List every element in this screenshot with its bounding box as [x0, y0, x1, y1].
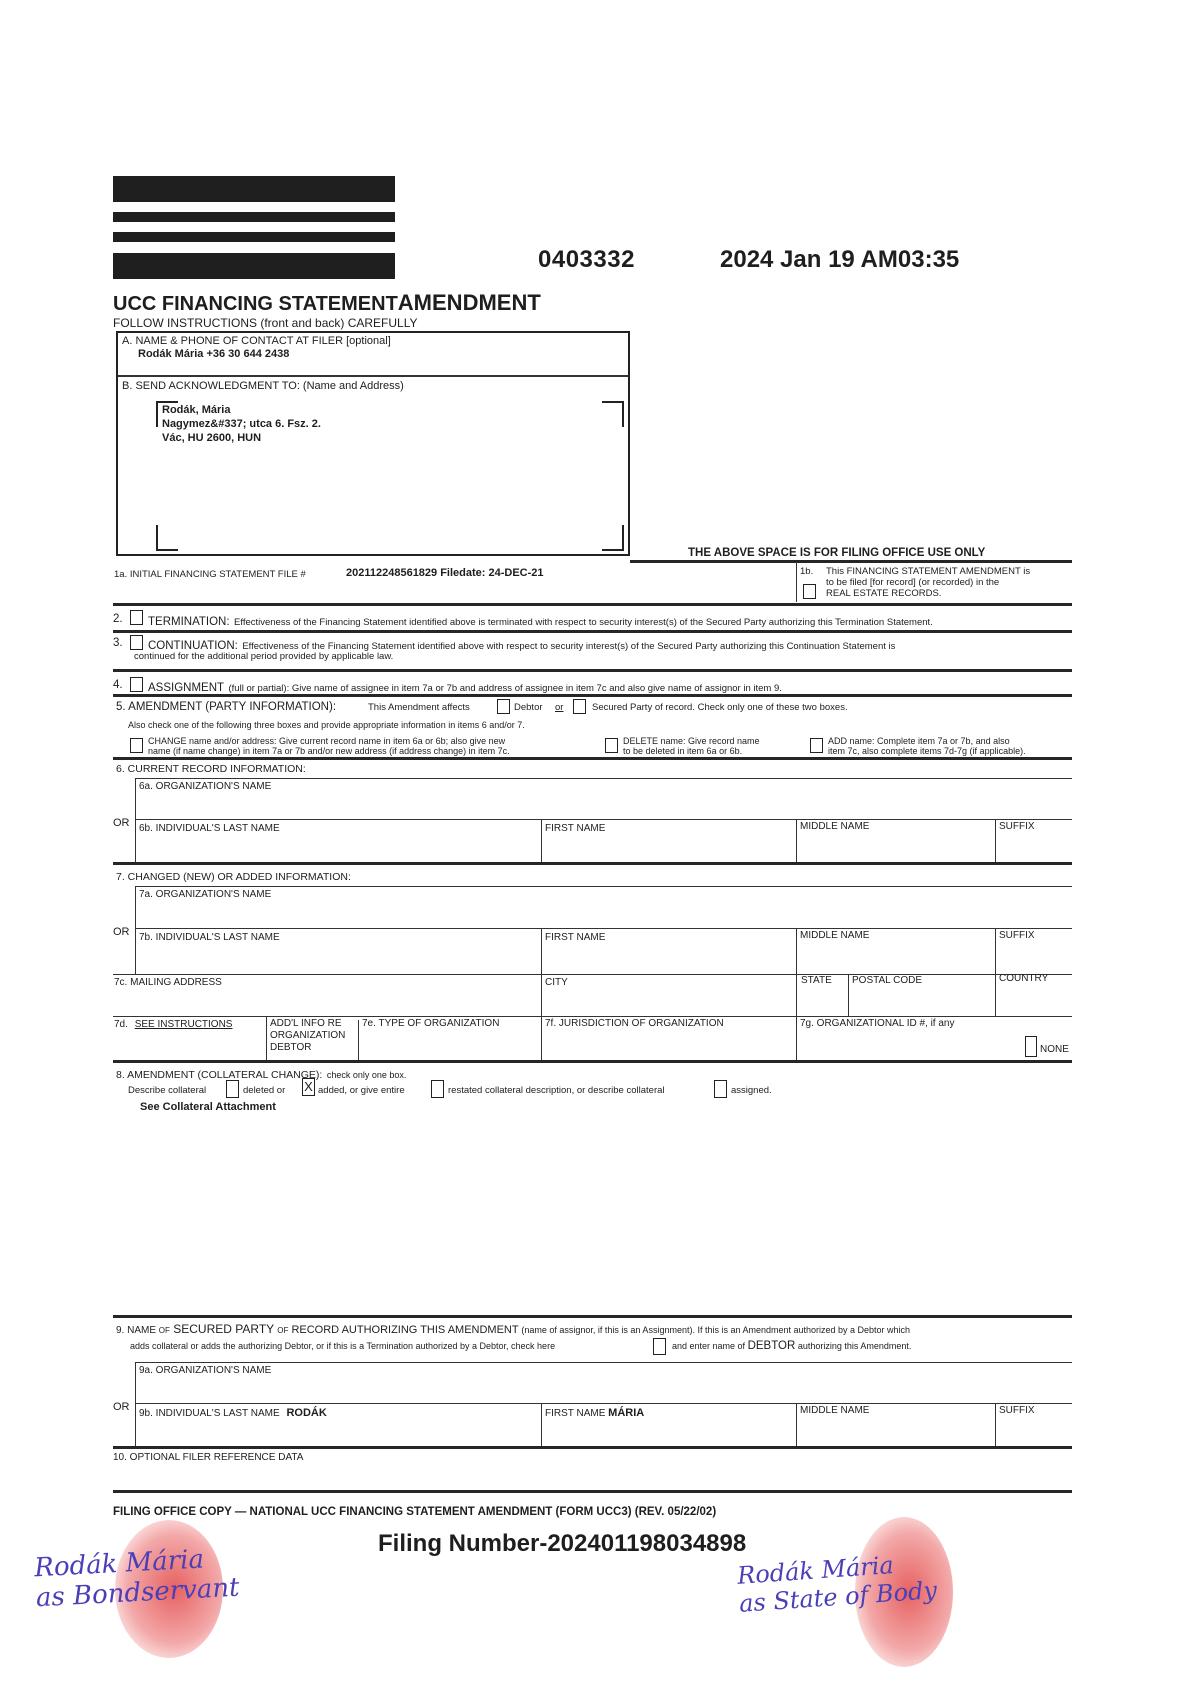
- add-name-checkbox[interactable]: [810, 738, 823, 753]
- item-9-line-part: adds collateral or adds the authorizing …: [130, 1341, 555, 1351]
- item-1b-line: to be filed [for record] (or recorded) i…: [826, 577, 1030, 588]
- restated-label: restated collateral description, or desc…: [448, 1085, 665, 1096]
- debtor-label: Debtor: [514, 702, 543, 713]
- item-2-text: TERMINATION: Effectiveness of the Financ…: [148, 612, 933, 630]
- item-7-middle-label: MIDDLE NAME: [800, 930, 869, 941]
- divider: [113, 1060, 1072, 1063]
- addl-info-label: ADD'L INFO RE ORGANIZATION DEBTOR: [270, 1018, 345, 1054]
- corner-mark: [156, 525, 178, 551]
- item-1b-line: REAL ESTATE RECORDS.: [826, 588, 1030, 599]
- delete-line: DELETE name: Give record name: [623, 736, 760, 746]
- or-label: OR: [113, 926, 130, 938]
- none-checkbox[interactable]: [1025, 1036, 1037, 1057]
- divider: [113, 603, 1072, 606]
- item-9-line2-end: and enter name of DEBTOR authorizing thi…: [672, 1340, 911, 1352]
- item-7f-label: 7f. JURISDICTION OF ORGANIZATION: [545, 1018, 724, 1029]
- divider: [796, 1016, 797, 1060]
- debtor-authorized-checkbox[interactable]: [653, 1338, 666, 1355]
- item-7c-label: 7c. MAILING ADDRESS: [114, 977, 222, 988]
- first-name-value[interactable]: MÁRIA: [608, 1407, 644, 1419]
- first-name-label: FIRST NAME: [545, 1408, 605, 1419]
- divider: [541, 1016, 542, 1060]
- divider: [848, 974, 849, 1016]
- divider: [541, 928, 542, 974]
- or-label: OR: [113, 1401, 130, 1413]
- divider: [135, 886, 1072, 887]
- item-9-head-part: SECURED PARTY: [170, 1322, 277, 1336]
- item-5-head: 5. AMENDMENT (PARTY INFORMATION):: [116, 701, 336, 713]
- filing-office-note: THE ABOVE SPACE IS FOR FILING OFFICE USE…: [688, 547, 985, 559]
- item-7g-label: 7g. ORGANIZATIONAL ID #, if any: [800, 1018, 955, 1029]
- divider: [630, 560, 1072, 563]
- filing-office-copy: FILING OFFICE COPY — NATIONAL UCC FINANC…: [113, 1506, 716, 1518]
- collateral-attachment-note: See Collateral Attachment: [140, 1101, 276, 1113]
- item-6-middle-label: MIDDLE NAME: [800, 821, 869, 832]
- divider: [135, 819, 1072, 820]
- divider: [113, 974, 1072, 975]
- divider: [995, 974, 996, 1016]
- divider: [113, 1490, 1072, 1493]
- debtor-checkbox[interactable]: [497, 699, 510, 714]
- ack-name: Rodák, Mária: [162, 403, 321, 417]
- divider: [135, 1403, 1072, 1404]
- change-name-checkbox[interactable]: [130, 738, 143, 753]
- real-estate-checkbox[interactable]: [803, 584, 816, 599]
- assignment-desc: (full or partial): Give name of assignee…: [229, 683, 782, 694]
- addl-line: ORGANIZATION: [270, 1030, 345, 1042]
- ack-label: B. SEND ACKNOWLEDGMENT TO: (Name and Add…: [122, 380, 404, 392]
- item-7-head: 7. CHANGED (NEW) OR ADDED INFORMATION:: [116, 871, 351, 883]
- signature-left: Rodák Mária as Bondservant: [34, 1543, 241, 1614]
- divider: [796, 928, 797, 974]
- divider: [541, 819, 542, 862]
- country-label: COUNTRY: [999, 973, 1048, 984]
- contact-label: A. NAME & PHONE OF CONTACT AT FILER [opt…: [122, 335, 391, 347]
- redaction-bar: [113, 176, 395, 202]
- item-9-head-part: 9. NAME: [116, 1325, 159, 1336]
- assignment-head: ASSIGNMENT: [148, 682, 224, 694]
- item-7b-label: 7b. INDIVIDUAL'S LAST NAME: [139, 932, 280, 943]
- change-name-text: CHANGE name and/or address: Give current…: [148, 736, 510, 756]
- item-8-row: Describe collateral: [128, 1085, 206, 1096]
- ack-city: Vác, HU 2600, HUN: [162, 431, 321, 445]
- see-instructions-link[interactable]: SEE INSTRUCTIONS: [135, 1019, 233, 1030]
- item-9-first: FIRST NAME MÁRIA: [545, 1407, 644, 1419]
- divider: [135, 778, 136, 862]
- item-1a-label: 1a. INITIAL FINANCING STATEMENT FILE #: [114, 569, 306, 580]
- collateral-deleted-checkbox[interactable]: [226, 1080, 239, 1098]
- add-name-text: ADD name: Complete item 7a or 7b, and al…: [828, 736, 1026, 756]
- divider: [113, 862, 1072, 865]
- divider: [135, 1362, 1072, 1363]
- redaction-bar: [113, 232, 395, 242]
- item-7d-label: 7d. SEE INSTRUCTIONS: [114, 1019, 232, 1030]
- divider: [113, 1016, 1072, 1017]
- item-8-title: 8. AMENDMENT (COLLATERAL CHANGE):: [116, 1069, 322, 1081]
- divider: [113, 1446, 1072, 1449]
- delete-name-checkbox[interactable]: [605, 738, 618, 753]
- item-1b-line: This FINANCING STATEMENT AMENDMENT is: [826, 566, 1030, 577]
- or-label: or: [555, 702, 563, 713]
- item-9-head-part: OF: [159, 1326, 170, 1335]
- item-9-line-part: and enter name of: [672, 1341, 745, 1351]
- form-title-main: UCC FINANCING STATEMENT: [113, 293, 398, 315]
- item-5-affects: This Amendment affects: [368, 702, 470, 713]
- delete-line: to be deleted in item 6a or 6b.: [623, 746, 760, 756]
- divider: [113, 630, 1072, 633]
- divider: [135, 778, 1072, 779]
- item-10-label: 10. OPTIONAL FILER REFERENCE DATA: [113, 1452, 303, 1463]
- item-8-head: 8. AMENDMENT (COLLATERAL CHANGE): check …: [116, 1065, 406, 1083]
- divider: [135, 928, 1072, 929]
- collateral-added-checkbox[interactable]: X: [302, 1078, 315, 1096]
- city-label: CITY: [545, 977, 568, 988]
- termination-desc: Effectiveness of the Financing Statement…: [234, 617, 933, 628]
- continuation-checkbox[interactable]: [130, 635, 143, 650]
- form-title-amendment: AMENDMENT: [398, 290, 541, 315]
- redaction-bar: [113, 212, 395, 222]
- item-6a-label: 6a. ORGANIZATION'S NAME: [139, 781, 271, 792]
- assignment-checkbox[interactable]: [130, 677, 143, 692]
- collateral-assigned-checkbox[interactable]: [714, 1080, 727, 1098]
- or-label: OR: [113, 817, 130, 829]
- addl-line: ADD'L INFO RE: [270, 1018, 345, 1030]
- last-name-value[interactable]: RODÁK: [286, 1407, 326, 1419]
- filer-box: A. NAME & PHONE OF CONTACT AT FILER [opt…: [116, 331, 630, 556]
- divider: [113, 694, 1072, 697]
- item-6b-label: 6b. INDIVIDUAL'S LAST NAME: [139, 823, 280, 834]
- item-8-note: check only one box.: [327, 1070, 407, 1080]
- divider: [796, 819, 797, 862]
- ack-address[interactable]: Rodák, Mária Nagymez&#337; utca 6. Fsz. …: [162, 403, 321, 445]
- divider: [995, 928, 996, 974]
- change-line: name (if name change) in item 7a or 7b a…: [148, 746, 510, 756]
- divider: [113, 1315, 1072, 1318]
- add-line: ADD name: Complete item 7a or 7b, and al…: [828, 736, 1026, 746]
- state-label: STATE: [801, 975, 832, 986]
- item-9-note: (name of assignor, if this is an Assignm…: [521, 1325, 910, 1335]
- form-title: UCC FINANCING STATEMENTAMENDMENT: [113, 290, 541, 316]
- redaction-bar: [113, 253, 395, 279]
- termination-head: TERMINATION:: [148, 616, 230, 628]
- item-9-head-part: OF: [277, 1326, 288, 1335]
- item-9-middle-label: MIDDLE NAME: [800, 1405, 869, 1416]
- divider: [541, 1403, 542, 1446]
- divider: [541, 974, 542, 1016]
- change-line: CHANGE name and/or address: Give current…: [148, 736, 510, 746]
- describe-label: Describe collateral: [128, 1085, 206, 1096]
- item-3-num: 3.: [113, 637, 123, 649]
- termination-checkbox[interactable]: [130, 610, 143, 625]
- postal-code-label: POSTAL CODE: [852, 975, 922, 986]
- divider: [796, 562, 797, 602]
- assigned-label: assigned.: [731, 1085, 772, 1096]
- item-9-head-part: RECORD AUTHORIZING THIS AMENDMENT: [288, 1324, 518, 1336]
- item-5-also: Also check one of the following three bo…: [128, 720, 525, 730]
- add-line: item 7c, also complete items 7d-7g (if a…: [828, 746, 1026, 756]
- secured-party-checkbox[interactable]: [573, 699, 586, 714]
- item-1b-text: This FINANCING STATEMENT AMENDMENT is to…: [826, 566, 1030, 599]
- item-7a-label: 7a. ORGANIZATION'S NAME: [139, 889, 271, 900]
- contact-value[interactable]: Rodák Mária +36 30 644 2438: [138, 348, 289, 360]
- divider: [113, 757, 1072, 760]
- divider: [995, 819, 996, 862]
- corner-mark: [602, 401, 624, 427]
- none-label: NONE: [1040, 1044, 1069, 1055]
- divider: [796, 974, 797, 1016]
- item-7e-label: 7e. TYPE OF ORGANIZATION: [362, 1018, 499, 1029]
- filing-timestamp: 2024 Jan 19 AM03:35: [720, 246, 959, 274]
- secured-party-label: Secured Party of record. Check only one …: [592, 702, 848, 713]
- divider: [995, 1403, 996, 1446]
- item-6-first-label: FIRST NAME: [545, 823, 605, 834]
- item-9b-label: 9b. INDIVIDUAL'S LAST NAME RODÁK: [139, 1407, 327, 1419]
- divider: [796, 1403, 797, 1446]
- item-9-suffix-label: SUFFIX: [999, 1405, 1035, 1416]
- item-9-head: 9. NAME OF SECURED PARTY OF RECORD AUTHO…: [116, 1322, 910, 1336]
- item-7d-prefix: 7d.: [114, 1019, 128, 1030]
- added-label: added, or give entire: [318, 1085, 405, 1096]
- item-6-suffix-label: SUFFIX: [999, 821, 1035, 832]
- corner-mark: [602, 525, 624, 551]
- item-6-head: 6. CURRENT RECORD INFORMATION:: [116, 763, 306, 775]
- divider: [135, 1362, 136, 1446]
- item-9-line-part: DEBTOR: [748, 1340, 796, 1352]
- item-9-line2: adds collateral or adds the authorizing …: [130, 1341, 555, 1351]
- last-name-label: 9b. INDIVIDUAL'S LAST NAME: [139, 1408, 280, 1419]
- deleted-label: deleted or: [243, 1085, 285, 1096]
- divider: [118, 375, 628, 377]
- item-9-line-part: authorizing this Amendment.: [798, 1341, 912, 1351]
- follow-instructions: FOLLOW INSTRUCTIONS (front and back) CAR…: [113, 316, 418, 330]
- divider: [113, 669, 1072, 672]
- ack-street: Nagymez&#337; utca 6. Fsz. 2.: [162, 417, 321, 431]
- delete-name-text: DELETE name: Give record name to be dele…: [623, 736, 760, 756]
- item-4-num: 4.: [113, 679, 123, 691]
- collateral-restated-checkbox[interactable]: [431, 1080, 444, 1098]
- item-7-first-label: FIRST NAME: [545, 932, 605, 943]
- addl-line: DEBTOR: [270, 1042, 345, 1054]
- divider: [135, 886, 136, 974]
- item-7-suffix-label: SUFFIX: [999, 930, 1035, 941]
- item-9a-label: 9a. ORGANIZATION'S NAME: [139, 1365, 271, 1376]
- continuation-desc-2: continued for the additional period prov…: [134, 651, 393, 662]
- file-number: 0403332: [538, 246, 635, 274]
- item-1b-prefix: 1b.: [800, 566, 813, 577]
- item-1a-value[interactable]: 202112248561829 Filedate: 24-DEC-21: [346, 567, 544, 579]
- divider: [358, 1020, 359, 1060]
- item-2-num: 2.: [113, 613, 123, 625]
- divider: [266, 1016, 267, 1060]
- filing-number: Filing Number-202401198034898: [378, 1530, 746, 1558]
